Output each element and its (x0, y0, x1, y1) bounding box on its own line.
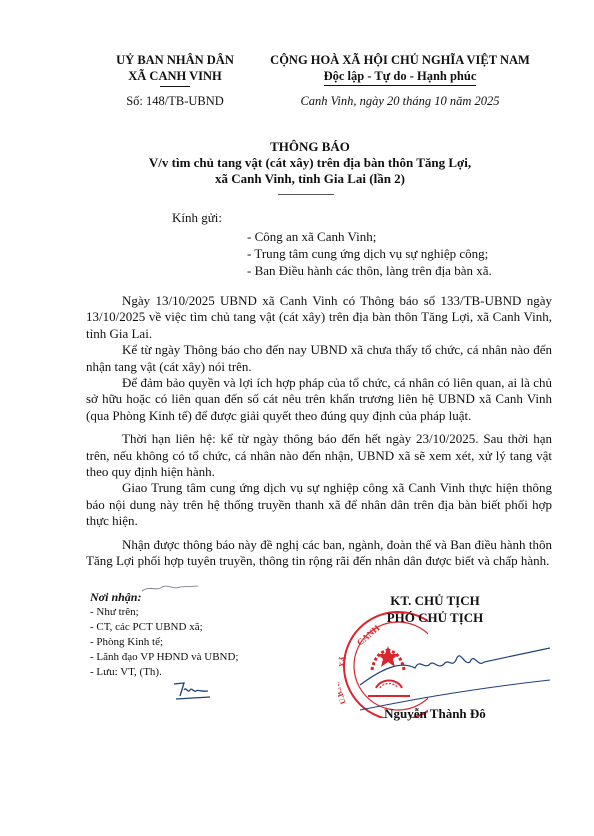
recipient-item: - Lưu: VT, (Th). (90, 665, 310, 680)
recipient-item: - Lãnh đạo VP HĐND và UBND; (90, 650, 310, 665)
recipient-item: - CT, các PCT UBND xã; (90, 620, 310, 635)
body-paragraph: Để đảm bảo quyền và lợi ích hợp pháp của… (86, 375, 552, 424)
title-heading: THÔNG BÁO (70, 139, 550, 155)
signature-block: KT. CHỦ TỊCH PHÓ CHỦ TỊCH (350, 592, 520, 626)
national-title: CỘNG HOÀ XÃ HỘI CHỦ NGHĨA VIỆT NAM (250, 52, 550, 68)
signer-name: Nguyễn Thành Đô (350, 706, 520, 722)
authority-line-1: UỶ BAN NHÂN DÂN (70, 52, 280, 68)
recipient-item: - Phòng Kinh tế; (90, 635, 310, 650)
addressee-item: - Trung tâm cung ứng dịch vụ sự nghiệp c… (247, 245, 577, 262)
body-paragraph: Thời hạn liên hệ: kể từ ngày thông báo đ… (86, 431, 552, 480)
document-body: Ngày 13/10/2025 UBND xã Canh Vinh có Thô… (86, 293, 552, 570)
title-divider (278, 194, 334, 195)
addressee-item: - Công an xã Canh Vinh; (247, 228, 577, 245)
body-paragraph: Kể từ ngày Thông báo cho đến nay UBND xã… (86, 342, 552, 375)
addressee-label: Kính gửi: (172, 210, 222, 226)
recipients-label: Nơi nhận: (90, 590, 310, 605)
national-motto: CỘNG HOÀ XÃ HỘI CHỦ NGHĨA VIỆT NAM Độc l… (250, 52, 550, 84)
svg-text:XÃ: XÃ (338, 655, 348, 668)
document-title: THÔNG BÁO V/v tìm chủ tang vật (cát xây)… (70, 139, 550, 187)
addressee-item: - Ban Điều hành các thôn, làng trên địa … (247, 262, 577, 279)
recipients-block: Nơi nhận: - Như trên; - CT, các PCT UBND… (90, 590, 310, 680)
place-and-date: Canh Vinh, ngày 20 tháng 10 năm 2025 (250, 94, 550, 109)
recipient-item: - Như trên; (90, 605, 310, 620)
body-paragraph: Ngày 13/10/2025 UBND xã Canh Vinh có Thô… (86, 293, 552, 342)
body-paragraph: Nhận được thông báo này đề nghị các ban,… (86, 537, 552, 570)
signature-title-2: PHÓ CHỦ TỊCH (350, 609, 520, 626)
signature-title-1: KT. CHỦ TỊCH (350, 592, 520, 609)
body-paragraph: Giao Trung tâm cung ứng dịch vụ sự nghiệ… (86, 480, 552, 529)
authority-line-2: XÃ CANH VINH (128, 68, 222, 84)
document-number: Số: 148/TB-UBND (70, 94, 280, 109)
initials-signature-icon (170, 680, 215, 702)
subject-line-1: V/v tìm chủ tang vật (cát xây) trên địa … (70, 155, 550, 171)
subject-line-2: xã Canh Vinh, tỉnh Gia Lai (lần 2) (70, 171, 550, 187)
issuing-authority: UỶ BAN NHÂN DÂN XÃ CANH VINH (70, 52, 280, 84)
motto-line: Độc lập - Tự do - Hạnh phúc (324, 68, 477, 84)
